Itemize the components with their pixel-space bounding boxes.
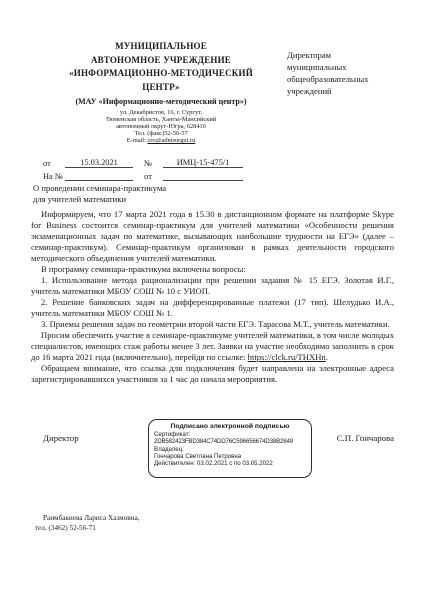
body-paragraph: В программу семинара-практикума включены… xyxy=(31,264,394,275)
body-paragraph: Информируем, что 17 марта 2021 года в 15… xyxy=(31,209,394,264)
subject-line: для учителей математики xyxy=(33,194,166,205)
addressee-line: учреждений xyxy=(287,85,402,97)
esign-validity: Действителен: 03.02.2021 с по 03.05.2022 xyxy=(154,460,306,467)
ref-number-label: № xyxy=(133,159,163,168)
org-phone: Тел. (факс)52-56-57 xyxy=(30,130,292,137)
body-paragraph: 3. Приемы решения задач по геометрии вто… xyxy=(31,319,394,330)
signature-name: С.П. Гончарова xyxy=(337,433,394,443)
footer-contact-phone: тел. (3462) 52-56-71 xyxy=(35,524,140,534)
footer-contact-name: Раимбакиева Лариса Хазмовна, xyxy=(35,514,140,524)
ref-number-field: ИМЦ-15-475/1 xyxy=(163,158,243,168)
org-name-line: МУНИЦИПАЛЬНОЕ xyxy=(30,40,292,54)
addressee-line: муниципальных xyxy=(287,61,402,73)
org-address-line: автономный округ-Югра, 628416 xyxy=(30,123,292,130)
esign-stamp-title: Подписано электронной подписью xyxy=(154,423,306,431)
esign-owner-label: Владелец: xyxy=(154,446,306,453)
org-name-line: АВТОНОМНОЕ УЧРЕЖДЕНИЕ xyxy=(30,54,292,68)
body-text-segment: . xyxy=(326,352,328,362)
org-address-line: ул. Декабристов, 16, г. Сургут, xyxy=(30,109,292,116)
addressee-line: Директорам xyxy=(287,49,402,61)
body-paragraph: 1. Использование метода рационализации п… xyxy=(31,275,394,297)
letter-body: Информируем, что 17 марта 2021 года в 15… xyxy=(31,209,394,385)
ref-reply-from-label: от xyxy=(133,172,163,181)
addressee-line: общеобразовательных xyxy=(287,73,402,85)
body-paragraph: Обращаем внимание, что ссылка для подклю… xyxy=(31,363,394,385)
esign-owner-value: Гончарова Светлана Петровна xyxy=(154,453,306,460)
subject-line: О проведении семинара-практикума xyxy=(33,183,166,194)
addressee-block: Директорам муниципальных общеобразовател… xyxy=(287,49,402,97)
esign-cert-label: Сертификат: xyxy=(154,431,306,438)
registration-link[interactable]: https://clck.ru/THXHn xyxy=(248,352,326,362)
org-name-line: ЦЕНТР» xyxy=(30,81,292,95)
email-link[interactable]: cro@admsurgut.ru xyxy=(147,137,195,144)
body-paragraph: 2. Решение банковских задач на дифференц… xyxy=(31,297,394,319)
letterhead: МУНИЦИПАЛЬНОЕ АВТОНОМНОЕ УЧРЕЖДЕНИЕ «ИНФ… xyxy=(30,40,292,144)
signature-title: Директор xyxy=(43,433,79,443)
email-label: E-mail: xyxy=(127,137,148,144)
letter-page: МУНИЦИПАЛЬНОЕ АВТОНОМНОЕ УЧРЕЖДЕНИЕ «ИНФ… xyxy=(0,0,424,600)
subject: О проведении семинара-практикума для учи… xyxy=(33,183,166,205)
ref-reply-label: На № xyxy=(43,172,65,181)
ref-reply-number-field xyxy=(65,180,133,181)
body-text-segment: Просим обеспечить участие в семинаре-пра… xyxy=(31,330,394,362)
esign-stamp: Подписано электронной подписью Сертифика… xyxy=(148,419,312,478)
org-name-line: «ИНФОРМАЦИОННО-МЕТОДИЧЕСКИЙ xyxy=(30,67,292,81)
body-paragraph: Просим обеспечить участие в семинаре-пра… xyxy=(31,330,394,363)
org-short-name: (МАУ «Информационно-методический центр») xyxy=(30,97,292,107)
org-address-line: Тюменская область, Ханты-Мансийский xyxy=(30,116,292,123)
ref-reply-date-field xyxy=(163,180,243,181)
org-email-line: E-mail: cro@admsurgut.ru xyxy=(30,137,292,144)
footer-contact-block: Раимбакиева Лариса Хазмовна, тел. (3462)… xyxy=(35,514,140,533)
ref-date-field: 15.03.2021 xyxy=(65,158,133,168)
reference-block: от 15.03.2021 № ИМЦ-15-475/1 На № от xyxy=(43,155,248,181)
esign-cert-value: 2DB582423FBD384C74DD76C596656674D38B2849 xyxy=(154,438,306,445)
ref-from-label: от xyxy=(43,159,65,168)
